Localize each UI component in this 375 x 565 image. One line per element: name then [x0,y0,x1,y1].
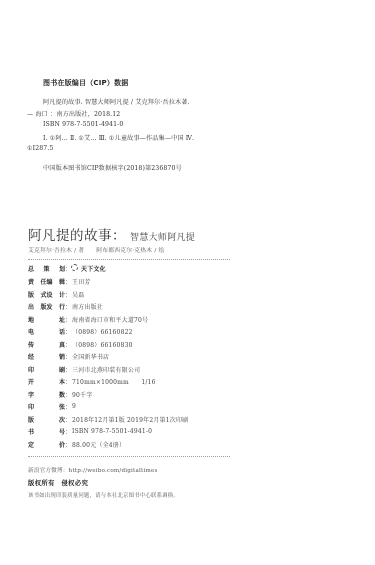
info-value: 88.00元（全4册） [72,440,125,449]
info-row-printer: 印刷： 三河市北燕印装有限公司 [28,363,140,375]
info-row-publisher: 出版发行： 南方出版社 [28,300,103,312]
cip-line-isbn: ISBN 978-7-5501-4941-0 [43,121,123,128]
book-title-sub: 智慧大师阿凡提 [130,233,195,243]
info-label: 出版发行 [28,302,65,311]
publisher-logo-icon [71,264,78,271]
cip-heading: 图书在版编目（CIP）数据 [43,78,128,88]
book-title: 阿凡提的故事：智慧大师阿凡提 [28,224,195,244]
info-label: 开本 [28,377,65,386]
info-row-isbn: 书号： ISBN 978-7-5501-4941-0 [28,425,152,437]
info-value: 天下文化 [81,264,106,273]
book-credits: 艾克拜尔·吾拉木 / 著阿布都西克尔·克热木 / 绘 [28,245,165,254]
info-label: 总策划 [28,264,65,273]
info-value: ISBN 978-7-5501-4941-0 [72,428,152,435]
info-value: 2018年12月第1版 2019年2月第1次印刷 [72,415,188,424]
info-label: 责任编辑 [28,277,65,286]
info-row-fax: 传真： （0898）66160830 [28,338,133,350]
info-label: 印张 [28,402,65,411]
info-row-address: 地址： 海南省海口市和平大道70号 [28,313,148,325]
quality-notice: 该书如出现印装质量问题，请与本社北京图书中心联系调换。 [28,491,179,499]
info-value: 710mm×1000mm 1/16 [72,377,156,386]
info-label: 字数 [28,390,65,399]
cip-line-subjects: Ⅰ. ①阿… Ⅱ. ①艾… Ⅲ. ①儿童故事—作品集—中国 Ⅳ. [43,133,194,142]
info-label: 书号 [28,427,65,436]
copyright-notice: 版权所有 侵权必究 [28,478,88,487]
info-label: 版式设计 [28,290,65,299]
dotted-divider-top [28,259,230,260]
info-value: （0898）66160822 [72,327,133,336]
info-value: 90千字 [72,390,92,399]
info-value: 王田芳 [72,277,91,286]
author-credit: 艾克拜尔·吾拉木 / 著 [28,248,84,254]
info-value: （0898）66160830 [72,340,133,349]
info-label: 经销 [28,352,65,361]
info-row-format: 开本： 710mm×1000mm 1/16 [28,375,156,387]
info-row-layout-design: 版式设计： 吴磊 [28,288,84,300]
info-label: 传真 [28,340,65,349]
info-value: 海南省海口市和平大道70号 [72,315,148,324]
cip-record-number: 中国版本图书馆CIP数据核字(2018)第236870号 [43,163,182,172]
info-value: 吴磊 [72,290,84,299]
info-label: 定价 [28,440,65,449]
info-row-planning: 总策划： 天下文化 [28,262,106,274]
info-label: 地址 [28,315,65,324]
info-label: 印刷 [28,365,65,374]
info-row-word-count: 字数： 90千字 [28,388,92,400]
info-label: 电话 [28,327,65,336]
info-label: 版次 [28,415,65,424]
info-row-price: 定价： 88.00元（全4册） [28,438,125,450]
info-row-phone: 电话： （0898）66160822 [28,325,133,337]
cip-line-title: 阿凡提的故事. 智慧大师阿凡提 / 艾克拜尔·吾拉木著. [43,97,190,106]
info-row-distribution: 经销： 全国新华书店 [28,350,109,362]
info-row-printed-sheets: 印张： 9 [28,400,76,412]
weibo-link: 新浪官方微博：http://weibo.com/digitaltimes [28,466,158,474]
info-value: 9 [72,403,76,410]
cip-line-classification: ①I287.5 [27,145,53,152]
illustrator-credit: 阿布都西克尔·克热木 / 绘 [96,248,164,254]
info-value: 南方出版社 [72,302,103,311]
dotted-divider-bottom [28,456,230,457]
cip-line-publisher: — 海口 ：南方出版社，2018.12 [27,109,120,118]
info-row-edition: 版次： 2018年12月第1版 2019年2月第1次印刷 [28,413,188,425]
info-row-editor: 责任编辑： 王田芳 [28,275,91,287]
info-value: 三河市北燕印装有限公司 [72,365,140,374]
book-title-main: 阿凡提的故事： [28,228,126,244]
info-value: 全国新华书店 [72,352,109,361]
